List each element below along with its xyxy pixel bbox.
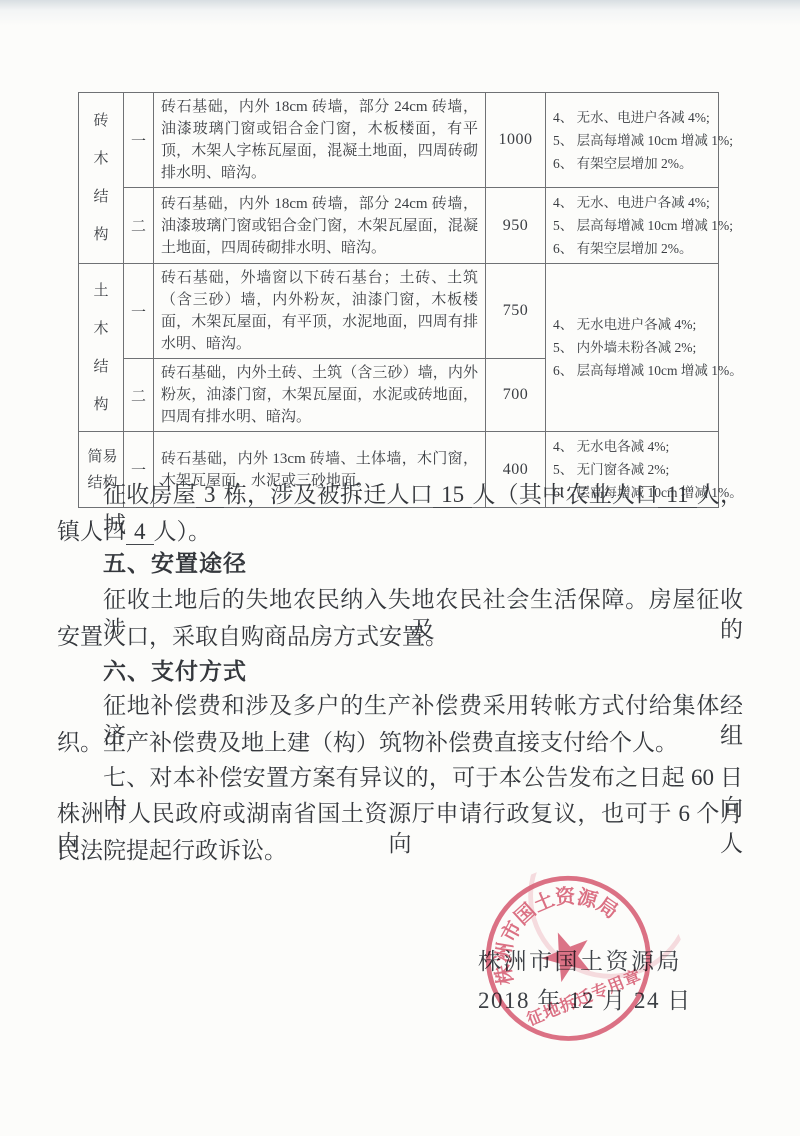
note-line: 4、 无水、电进户各减 4%;: [553, 191, 711, 214]
structure-label-cell: 土木结构: [79, 264, 124, 432]
note-line: 5、 无门窗各减 2%;: [553, 458, 711, 481]
table-row: 二 砖石基础，内外 18cm 砖墙，部分 24cm 砖墙，油漆玻璃门窗或铝合金门…: [79, 188, 719, 264]
text-segment: 镇人口: [57, 519, 126, 544]
text-segment: 栋，涉及被拆迁人口: [224, 482, 434, 507]
note-line: 5、 层高每增减 10cm 增减 1%;: [553, 129, 711, 152]
underlined-number: 4: [126, 519, 154, 545]
grade-cell: 二: [124, 359, 154, 432]
notes-cell: 4、 无水电进户各减 4%; 5、 内外墙未粉各减 2%; 6、 层高每增减 1…: [546, 264, 719, 432]
underlined-number: 15: [433, 482, 472, 508]
note-line: 4、 无水、电进户各减 4%;: [553, 106, 711, 129]
price-cell: 700: [486, 359, 546, 432]
structure-label-cell: 砖木结构: [79, 93, 124, 264]
structure-label: 砖木结构: [93, 102, 110, 254]
price-cell: 750: [486, 264, 546, 359]
paragraph-line: 镇人口4人）。: [57, 517, 743, 547]
price-cell: 950: [486, 188, 546, 264]
description-cell: 砖石基础，内外土砖、土筑（含三砂）墙，内外粉灰，油漆门窗，木架瓦屋面，水泥或砖地…: [154, 359, 486, 432]
note-line: 4、 无水电各减 4%;: [553, 435, 711, 458]
note-line: 5、 内外墙未粉各减 2%;: [553, 336, 711, 359]
description-cell: 砖石基础，内外 18cm 砖墙，部分 24cm 砖墙，油漆玻璃门窗或铝合金门窗，…: [154, 93, 486, 188]
section-heading-5: 五、安置途径: [57, 549, 743, 579]
text-segment: 人（其中农业人口: [472, 482, 658, 507]
text-segment: 征收房屋: [103, 482, 196, 507]
underlined-number: 11: [658, 482, 696, 508]
grade-cell: 二: [124, 188, 154, 264]
section-heading-6: 六、支付方式: [57, 657, 743, 687]
seal-star-icon: [535, 923, 599, 985]
underlined-number: 3: [196, 482, 224, 508]
notes-cell: 4、 无水、电进户各减 4%; 5、 层高每增减 10cm 增减 1%; 6、 …: [546, 188, 719, 264]
note-line: 4、 无水电进户各减 4%;: [553, 313, 711, 336]
grade-cell: 一: [124, 264, 154, 359]
note-line: 6、 有架空层增加 2%。: [553, 152, 711, 175]
note-line: 6、 有架空层增加 2%。: [553, 237, 711, 260]
table-row: 砖木结构 一 砖石基础，内外 18cm 砖墙，部分 24cm 砖墙，油漆玻璃门窗…: [79, 93, 719, 188]
notes-cell: 4、 无水、电进户各减 4%; 5、 层高每增减 10cm 增减 1%; 6、 …: [546, 93, 719, 188]
description-cell: 砖石基础，外墙窗以下砖石基台；土砖、土筑（含三砂）墙，内外粉灰，油漆门窗，木板楼…: [154, 264, 486, 359]
grade-cell: 一: [124, 93, 154, 188]
seal-bottom-text: 征地拆迁专用章: [524, 965, 644, 1029]
compensation-table: 砖木结构 一 砖石基础，内外 18cm 砖墙，部分 24cm 砖墙，油漆玻璃门窗…: [78, 92, 719, 508]
structure-label: 土木结构: [93, 272, 110, 424]
paragraph-line: 安置人口，采取自购商品房方式安置。: [57, 622, 743, 652]
note-line: 5、 层高每增减 10cm 增减 1%;: [553, 214, 711, 237]
table-row: 土木结构 一 砖石基础，外墙窗以下砖石基台；土砖、土筑（含三砂）墙，内外粉灰，油…: [79, 264, 719, 359]
official-seal: 株洲市国土资源局 征地拆迁专用章: [456, 832, 709, 1083]
price-cell: 1000: [486, 93, 546, 188]
paragraph-line: 织。生产补偿费及地上建（构）筑物补偿费直接支付给个人。: [57, 728, 743, 758]
note-line: 6、 层高每增减 10cm 增减 1%。: [553, 359, 711, 382]
text-segment: 人）。: [154, 519, 212, 544]
description-cell: 砖石基础，内外 18cm 砖墙，部分 24cm 砖墙，油漆玻璃门窗或铝合金门窗，…: [154, 188, 486, 264]
document-page: 砖木结构 一 砖石基础，内外 18cm 砖墙，部分 24cm 砖墙，油漆玻璃门窗…: [0, 0, 800, 1136]
